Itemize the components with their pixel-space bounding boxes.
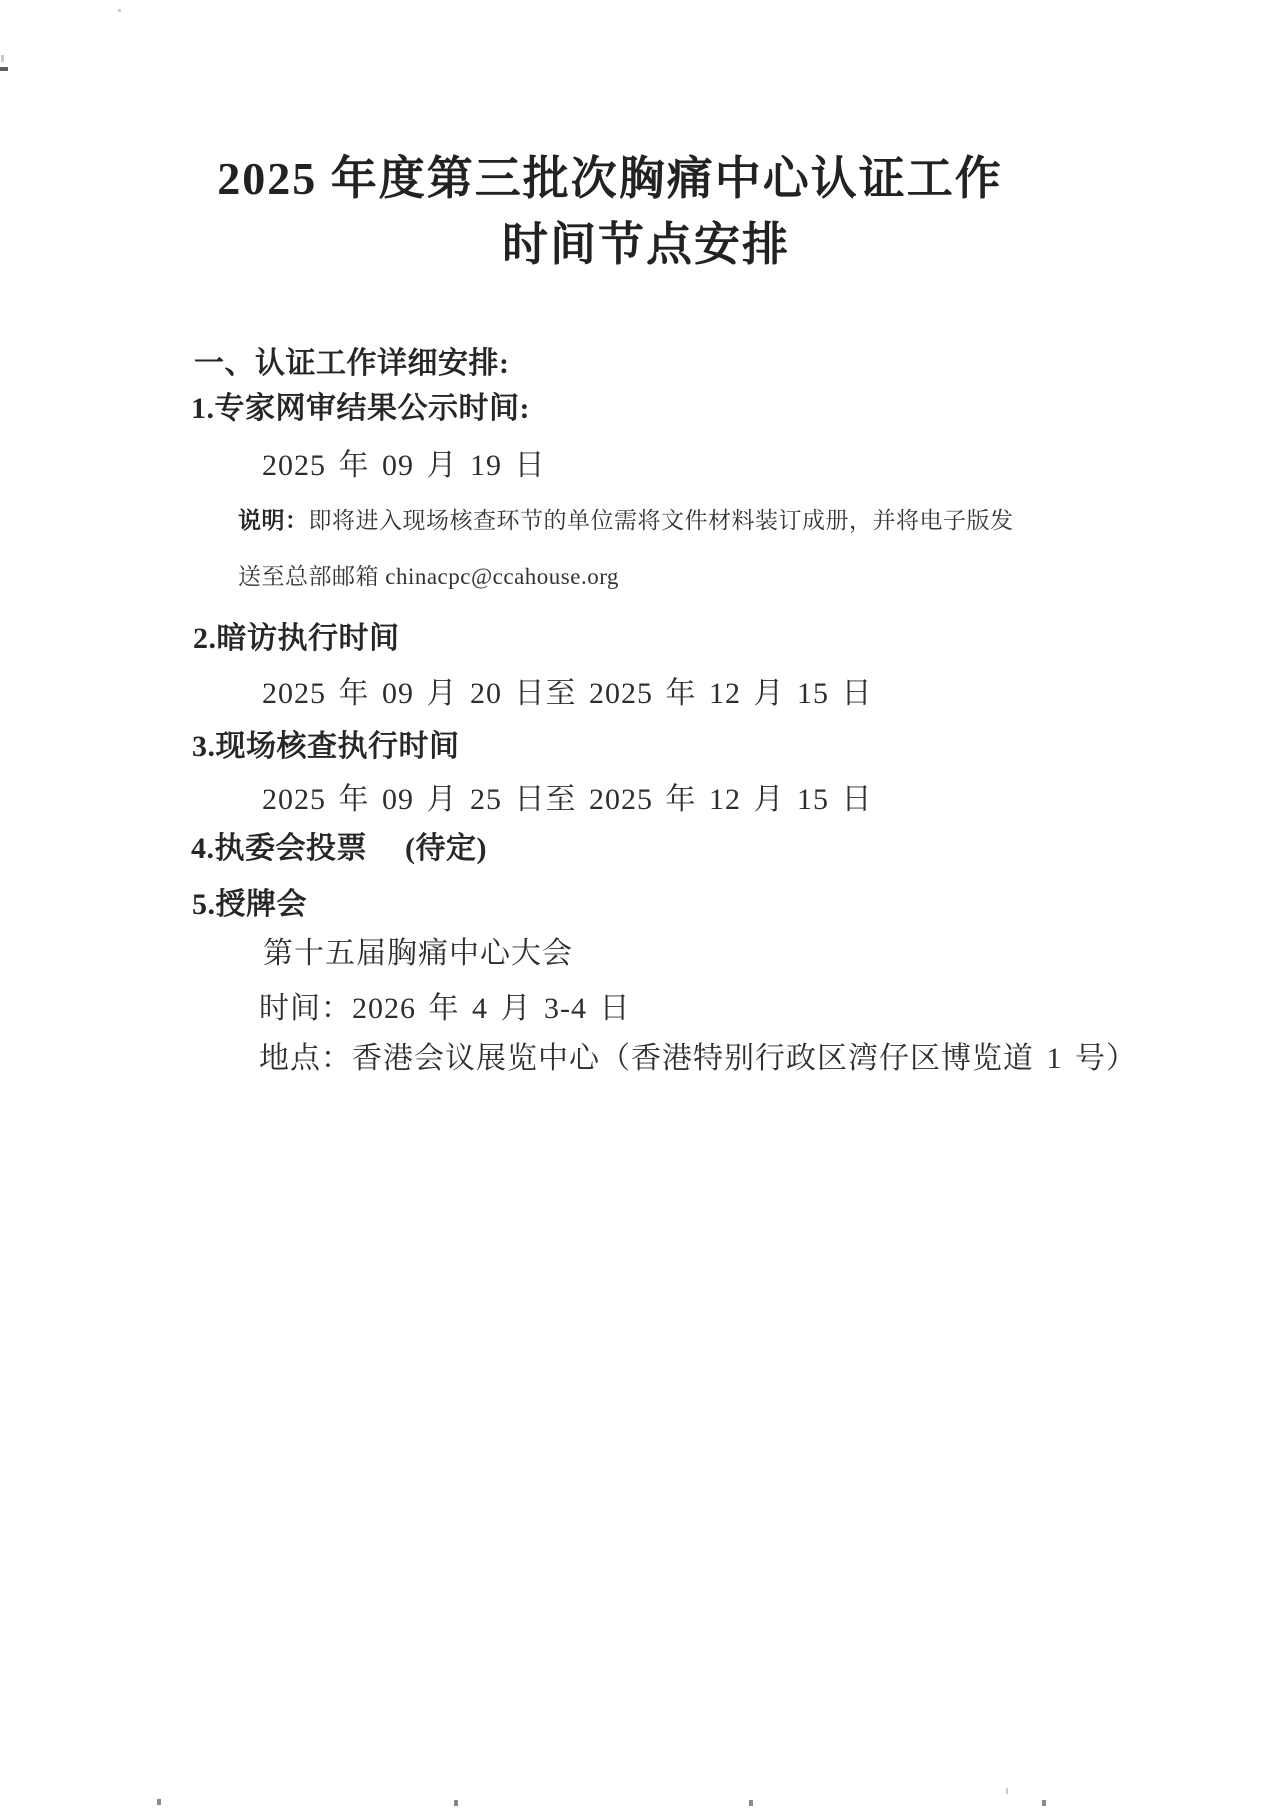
section-heading: 一、认证工作详细安排:: [194, 338, 510, 382]
scan-artifact: [118, 9, 121, 12]
item2-heading: 2.暗访执行时间: [193, 613, 400, 657]
item4-heading-text: 4.执委会投票: [191, 832, 367, 865]
item1-note-line1: 说明：即将进入现场核查环节的单位需将文件材料装订成册，并将电子版发: [238, 502, 1014, 535]
scan-artifact: [749, 1800, 753, 1806]
scan-artifact: [454, 1800, 458, 1806]
scan-artifact: [157, 1799, 161, 1805]
item4-status-pending: (待定): [405, 832, 487, 865]
note-text: 即将进入现场核查环节的单位需将文件材料装订成册，并将电子版发: [309, 508, 1014, 533]
item5-conference-time: 时间：2026 年 4 月 3-4 日: [259, 983, 631, 1027]
item1-note-line2: 送至总部邮箱 chinacpc@ccahouse.org: [238, 558, 619, 591]
item4-heading: 4.执委会投票(待定): [191, 823, 487, 867]
item5-conference-location: 地点：香港会议展览中心（香港特别行政区湾仔区博览道 1 号）: [259, 1033, 1137, 1077]
item1-heading: 1.专家网审结果公示时间:: [191, 383, 530, 427]
scanned-document-page: 2025 年度第三批次胸痛中心认证工作 时间节点安排 一、认证工作详细安排: 1…: [0, 0, 1280, 1810]
item3-date: 2025 年 09 月 25 日至 2025 年 12 月 15 日: [262, 774, 873, 818]
scan-artifact: [1, 55, 4, 62]
item5-heading: 5.授牌会: [192, 879, 307, 923]
note-label: 说明：: [238, 508, 309, 533]
scan-artifact: [1042, 1800, 1046, 1806]
note-text-continued: 送至总部邮箱: [238, 564, 385, 589]
document-title-line2: 时间节点安排: [0, 208, 1280, 274]
item5-conference-name: 第十五届胸痛中心大会: [263, 928, 573, 972]
document-title-line1: 2025 年度第三批次胸痛中心认证工作: [0, 142, 1220, 208]
scan-artifact: [0, 67, 8, 71]
scan-artifact: [1006, 1788, 1008, 1794]
item1-date: 2025 年 09 月 19 日: [262, 440, 546, 484]
item2-date: 2025 年 09 月 20 日至 2025 年 12 月 15 日: [262, 668, 873, 712]
item3-heading: 3.现场核查执行时间: [192, 721, 460, 765]
email-address: chinacpc@ccahouse.org: [385, 564, 619, 589]
